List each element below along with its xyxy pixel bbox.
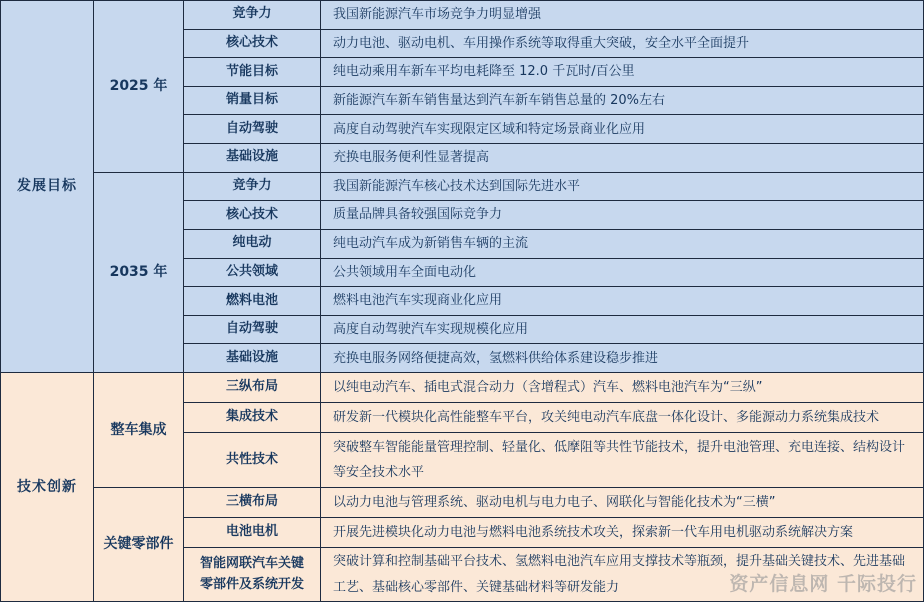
row-desc: 高度自动驾驶汽车实现限定区域和特定场景商业化应用 [321, 115, 923, 143]
group-title-vehicle-integration: 整车集成 [94, 373, 183, 487]
row-label: 节能目标 [184, 58, 320, 86]
row-label: 纯电动 [184, 230, 320, 258]
row-label: 核心技术 [184, 201, 320, 229]
row-desc: 以动力电池与管理系统、驱动电机与电力电子、网联化与智能化技术为“三横” [321, 488, 923, 517]
row-label: 共性技术 [184, 433, 320, 487]
row-label: 公共领域 [184, 259, 320, 287]
row-label: 三横布局 [184, 488, 320, 517]
row-desc: 以纯电动汽车、插电式混合动力（含增程式）汽车、燃料电池汽车为“三纵” [321, 373, 923, 402]
row-desc: 我国新能源汽车核心技术达到国际先进水平 [321, 173, 923, 201]
row-label: 基础设施 [184, 344, 320, 372]
row-desc: 动力电池、驱动电机、车用操作系统等取得重大突破，安全水平全面提升 [321, 30, 923, 58]
row-label: 核心技术 [184, 30, 320, 58]
group-title-2025: 2025 年 [94, 1, 183, 172]
row-label: 智能网联汽车关键零部件及系统开发 [184, 548, 320, 601]
row-desc: 充换电服务网络便捷高效，氢燃料供给体系建设稳步推进 [321, 344, 923, 372]
row-desc: 突破计算和控制基础平台技术、氢燃料电池汽车应用支撑技术等瓶颈，提升基础关键技术、… [321, 548, 923, 601]
nev-policy-table: 发展目标 2025 年 2035 年 竞争力 我国新能源汽车市场竞争力明显增强 … [0, 0, 924, 602]
row-desc: 质量品牌具备较强国际竞争力 [321, 201, 923, 229]
row-label: 竞争力 [184, 173, 320, 201]
row-desc: 新能源汽车新车销售量达到汽车新车销售总量的 20%左右 [321, 87, 923, 115]
row-label: 集成技术 [184, 403, 320, 432]
row-label: 燃料电池 [184, 287, 320, 315]
row-desc: 我国新能源汽车市场竞争力明显增强 [321, 1, 923, 29]
section-title-development-goals: 发展目标 [1, 1, 93, 372]
row-desc: 充换电服务便利性显著提高 [321, 144, 923, 172]
row-label: 电池电机 [184, 518, 320, 547]
row-desc: 公共领域用车全面电动化 [321, 259, 923, 287]
section-tech-innovation: 技术创新 整车集成 关键零部件 三纵布局 以纯电动汽车、插电式混合动力（含增程式… [1, 372, 923, 601]
section-title-tech-innovation: 技术创新 [1, 373, 93, 601]
row-desc: 纯电动乘用车新车平均电耗降至 12.0 千瓦时/百公里 [321, 58, 923, 86]
row-label: 自动驾驶 [184, 115, 320, 143]
group-title-2035: 2035 年 [94, 173, 183, 372]
row-desc: 突破整车智能能量管理控制、轻量化、低摩阻等共性节能技术，提升电池管理、充电连接、… [321, 433, 923, 487]
row-desc: 纯电动汽车成为新销售车辆的主流 [321, 230, 923, 258]
row-label: 基础设施 [184, 144, 320, 172]
row-desc: 高度自动驾驶汽车实现规模化应用 [321, 316, 923, 344]
row-label: 竞争力 [184, 1, 320, 29]
row-label: 三纵布局 [184, 373, 320, 402]
row-label: 销量目标 [184, 87, 320, 115]
row-desc: 开展先进模块化动力电池与燃料电池系统技术攻关，探索新一代车用电机驱动系统解决方案 [321, 518, 923, 547]
group-title-key-components: 关键零部件 [94, 488, 183, 601]
row-desc: 研发新一代模块化高性能整车平台，攻关纯电动汽车底盘一体化设计、多能源动力系统集成… [321, 403, 923, 432]
row-label: 自动驾驶 [184, 316, 320, 344]
row-desc: 燃料电池汽车实现商业化应用 [321, 287, 923, 315]
section-development-goals: 发展目标 2025 年 2035 年 竞争力 我国新能源汽车市场竞争力明显增强 … [1, 1, 923, 372]
